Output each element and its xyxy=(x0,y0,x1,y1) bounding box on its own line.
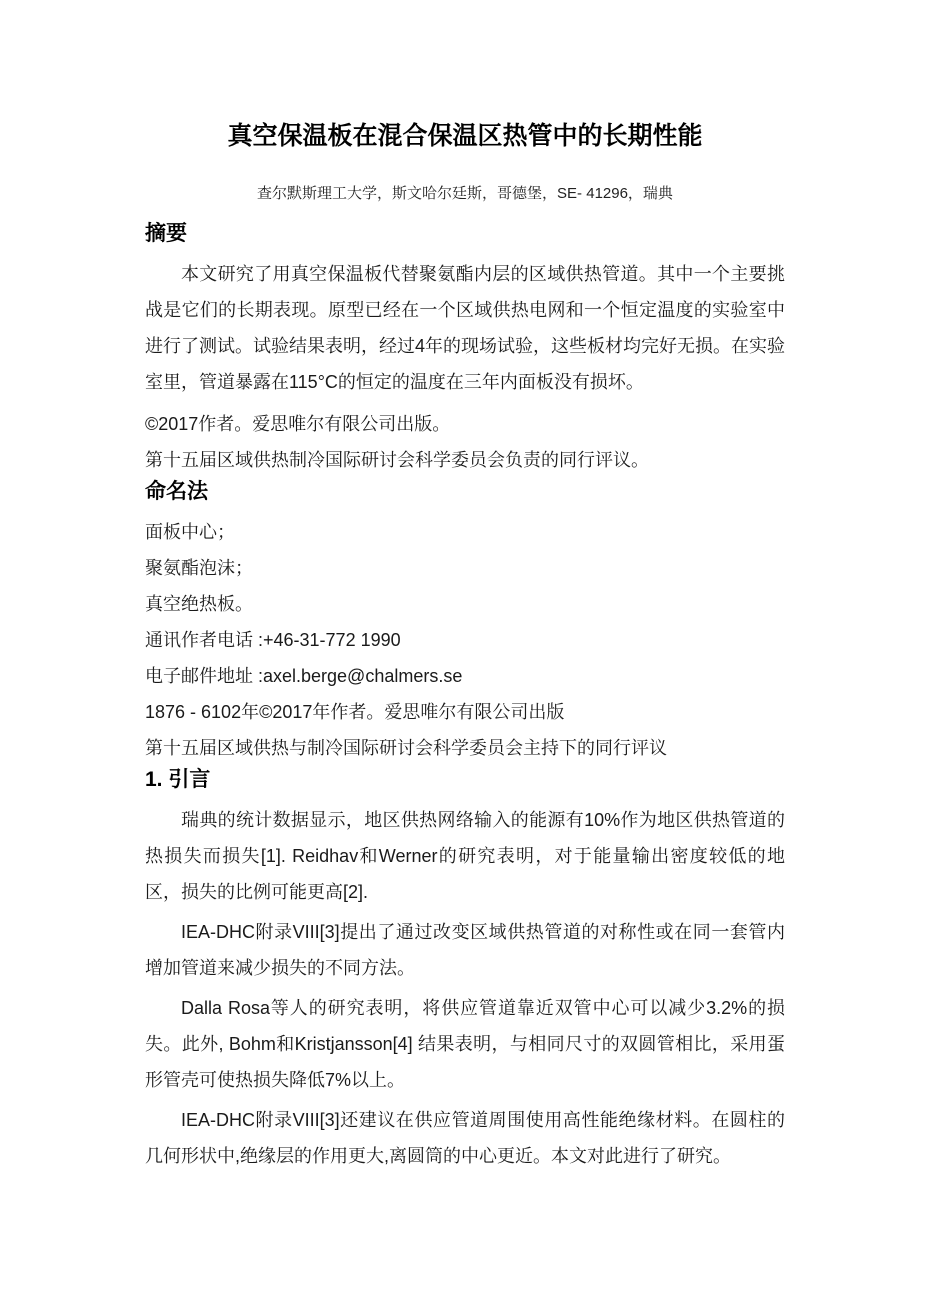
corresponding-author-phone-line: 通讯作者电话 :+46-31-772 1990 xyxy=(145,622,785,658)
paper-page: 真空保温板在混合保温区热管中的长期性能 查尔默斯理工大学，斯文哈尔廷斯，哥德堡，… xyxy=(0,0,925,1309)
affiliation-line: 查尔默斯理工大学，斯文哈尔廷斯，哥德堡，SE- 41296，瑞典 xyxy=(145,184,785,204)
intro-paragraph-2: IEA-DHC附录VIII[3]提出了通过改变区域供热管道的对称性或在同一套管内… xyxy=(145,914,785,986)
paper-title: 真空保温板在混合保温区热管中的长期性能 xyxy=(145,120,785,152)
intro-paragraph-3: Dalla Rosa等人的研究表明，将供应管道靠近双管中心可以减少3.2%的损失… xyxy=(145,990,785,1098)
nomenclature-item-vacuum-insulation-panel: 真空绝热板。 xyxy=(145,586,785,622)
introduction-section: 1. 引言 瑞典的统计数据显示，地区供热网络输入的能源有10%作为地区供热管道的… xyxy=(145,766,785,1174)
intro-paragraph-1: 瑞典的统计数据显示，地区供热网络输入的能源有10%作为地区供热管道的热损失而损失… xyxy=(145,802,785,910)
copyright-line: ©2017作者。爱思唯尔有限公司出版。 xyxy=(145,406,785,442)
nomenclature-heading: 命名法 xyxy=(145,478,785,506)
peer-review-line: 第十五届区域供热制冷国际研讨会科学委员会负责的同行评议。 xyxy=(145,442,785,478)
abstract-section: 摘要 本文研究了用真空保温板代替聚氨酯内层的区域供热管道。其中一个主要挑战是它们… xyxy=(145,220,785,478)
intro-paragraph-4: IEA-DHC附录VIII[3]还建议在供应管道周围使用高性能绝缘材料。在圆柱的… xyxy=(145,1102,785,1174)
nomenclature-item-panel-centre: 面板中心； xyxy=(145,514,785,550)
abstract-text: 本文研究了用真空保温板代替聚氨酯内层的区域供热管道。其中一个主要挑战是它们的长期… xyxy=(145,256,785,400)
peer-review-line-2: 第十五届区域供热与制冷国际研讨会科学委员会主持下的同行评议 xyxy=(145,730,785,766)
nomenclature-section: 命名法 面板中心； 聚氨酯泡沫； 真空绝热板。 通讯作者电话 :+46-31-7… xyxy=(145,478,785,766)
abstract-heading: 摘要 xyxy=(145,220,785,248)
corresponding-author-email-line: 电子邮件地址 :axel.berge@chalmers.se xyxy=(145,658,785,694)
nomenclature-item-polyurethane-foam: 聚氨酯泡沫； xyxy=(145,550,785,586)
introduction-heading: 1. 引言 xyxy=(145,766,785,794)
issn-copyright-line: 1876 - 6102年©2017年作者。爱思唯尔有限公司出版 xyxy=(145,694,785,730)
